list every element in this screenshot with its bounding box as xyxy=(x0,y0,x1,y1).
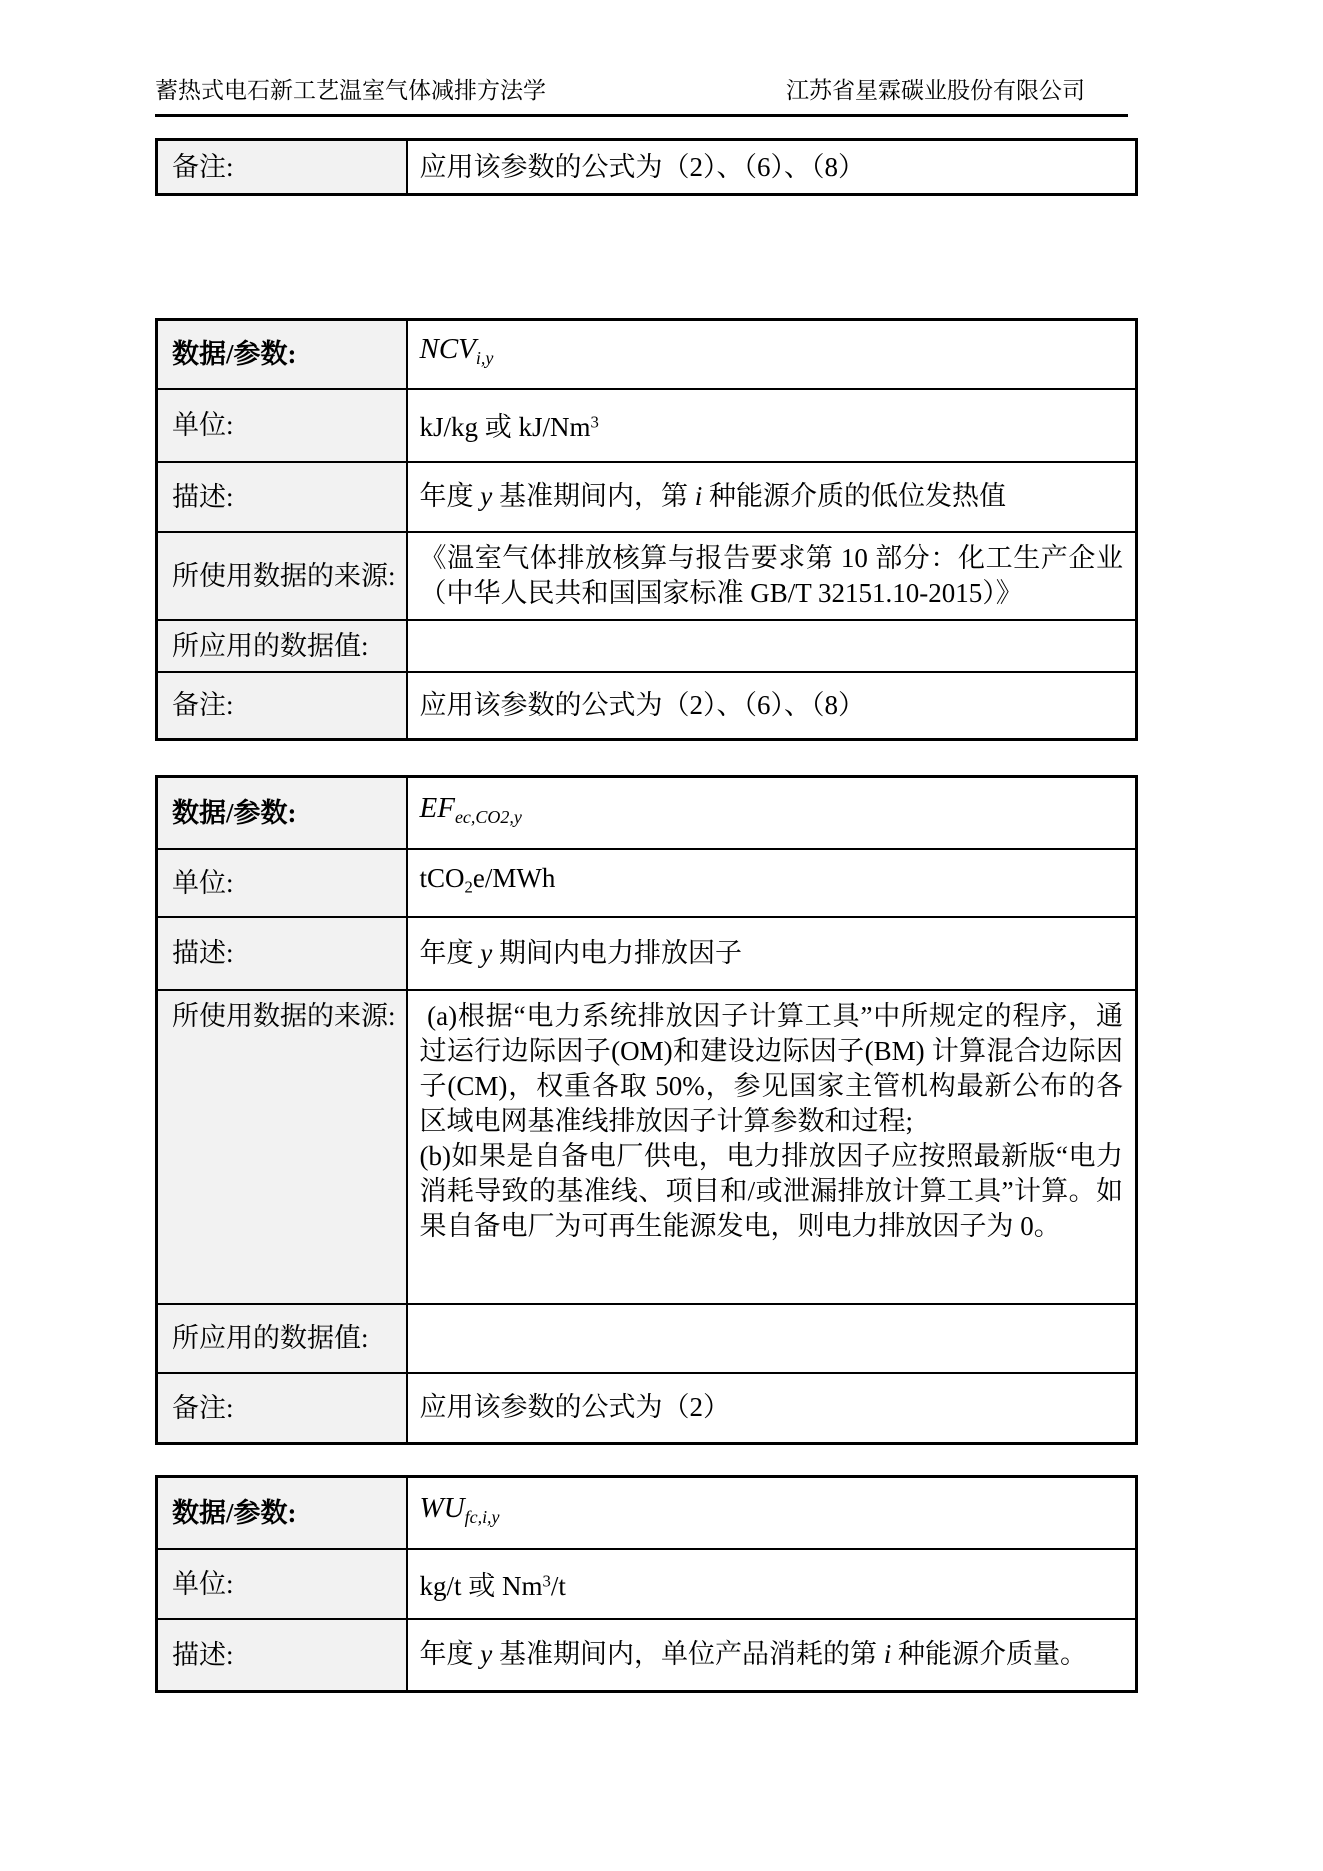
row-label-cell: 备注: xyxy=(157,672,407,740)
row-label-cell: 描述: xyxy=(157,462,407,532)
row-label-cell: 描述: xyxy=(157,1619,407,1692)
row-label: 单位: xyxy=(172,868,234,898)
row-value-cell: 应用该参数的公式为（2） xyxy=(407,1373,1137,1444)
document-page: 蓄热式电石新工艺温室气体减排方法学 江苏省星霖碳业股份有限公司 备注: 应用该参… xyxy=(0,0,1323,1871)
row-value-cell: 年度 y 基准期间内，第 i 种能源介质的低位发热值 xyxy=(407,462,1137,532)
row-value-cell xyxy=(407,620,1137,672)
row-value-cell: 年度 y 期间内电力排放因子 xyxy=(407,917,1137,990)
row-label: 所应用的数据值: xyxy=(172,631,369,661)
row-label: 所使用数据的来源: xyxy=(172,1001,396,1031)
table-row: 描述: 年度 y 期间内电力排放因子 xyxy=(157,917,1137,990)
row-label: 数据/参数: xyxy=(172,339,297,369)
row-value-cell: (a)根据“电力系统排放因子计算工具”中所规定的程序，通过运行边际因子(OM)和… xyxy=(407,990,1137,1304)
table-row: 描述: 年度 y 基准期间内，第 i 种能源介质的低位发热值 xyxy=(157,462,1137,532)
table-row: 数据/参数: NCVi,y xyxy=(157,320,1137,389)
row-label-cell: 所应用的数据值: xyxy=(157,1304,407,1373)
row-label: 单位: xyxy=(172,1569,234,1599)
table-row: 备注: 应用该参数的公式为（2）、（6）、（8） xyxy=(157,140,1137,195)
table-row: 所使用数据的来源: 《温室气体排放核算与报告要求第 10 部分：化工生产企业（中… xyxy=(157,532,1137,620)
table-row: 单位: kg/t 或 Nm3/t xyxy=(157,1549,1137,1619)
row-label: 备注: xyxy=(172,152,234,182)
row-value-cell: kJ/kg 或 kJ/Nm3 xyxy=(407,389,1137,462)
row-value: 应用该参数的公式为（2）、（6）、（8） xyxy=(420,690,866,720)
table-row: 所应用的数据值: xyxy=(157,620,1137,672)
row-value: 《温室气体排放核算与报告要求第 10 部分：化工生产企业（中华人民共和国国家标准… xyxy=(420,541,1124,611)
param-table-ncv: 数据/参数: NCVi,y 单位: kJ/kg 或 kJ/Nm3 描述: 年度 … xyxy=(155,318,1138,741)
table-row: 所使用数据的来源: (a)根据“电力系统排放因子计算工具”中所规定的程序，通过运… xyxy=(157,990,1137,1304)
parameter-symbol: WUfc,i,y xyxy=(420,1492,500,1524)
row-value: 年度 y 基准期间内，第 i 种能源介质的低位发热值 xyxy=(420,481,1007,511)
table-row: 单位: kJ/kg 或 kJ/Nm3 xyxy=(157,389,1137,462)
row-label-cell: 所使用数据的来源: xyxy=(157,532,407,620)
header-rule xyxy=(155,114,1128,117)
row-value-cell xyxy=(407,1304,1137,1373)
table-row: 备注: 应用该参数的公式为（2）、（6）、（8） xyxy=(157,672,1137,740)
row-label: 备注: xyxy=(172,1393,234,1423)
row-value: tCO2e/MWh xyxy=(420,863,556,893)
row-value: 应用该参数的公式为（2）、（6）、（8） xyxy=(420,152,866,182)
row-value: kg/t 或 Nm3/t xyxy=(420,1571,566,1601)
row-value-cell: kg/t 或 Nm3/t xyxy=(407,1549,1137,1619)
row-label: 数据/参数: xyxy=(172,798,297,828)
table-row: 数据/参数: WUfc,i,y xyxy=(157,1477,1137,1549)
row-value: 年度 y 基准期间内，单位产品消耗的第 i 种能源介质量。 xyxy=(420,1639,1088,1669)
param-table-fragment: 备注: 应用该参数的公式为（2）、（6）、（8） xyxy=(155,138,1138,196)
header-right-company: 江苏省星霖碳业股份有限公司 xyxy=(786,76,1085,106)
row-label: 描述: xyxy=(172,482,234,512)
row-value-cell: WUfc,i,y xyxy=(407,1477,1137,1549)
row-label-cell: 数据/参数: xyxy=(157,777,407,849)
row-value-cell: NCVi,y xyxy=(407,320,1137,389)
row-label-cell: 数据/参数: xyxy=(157,1477,407,1549)
header-left-title: 蓄热式电石新工艺温室气体减排方法学 xyxy=(155,76,546,106)
row-label: 描述: xyxy=(172,1640,234,1670)
row-label: 所使用数据的来源: xyxy=(172,561,396,591)
row-label: 备注: xyxy=(172,690,234,720)
param-table-wu: 数据/参数: WUfc,i,y 单位: kg/t 或 Nm3/t 描述: 年度 … xyxy=(155,1475,1138,1693)
row-value-cell: 应用该参数的公式为（2）、（6）、（8） xyxy=(407,140,1137,195)
row-value-cell: 应用该参数的公式为（2）、（6）、（8） xyxy=(407,672,1137,740)
row-label: 描述: xyxy=(172,938,234,968)
row-value: kJ/kg 或 kJ/Nm3 xyxy=(420,412,599,442)
row-value-cell: 《温室气体排放核算与报告要求第 10 部分：化工生产企业（中华人民共和国国家标准… xyxy=(407,532,1137,620)
row-label-cell: 备注: xyxy=(157,140,407,195)
row-value: 年度 y 期间内电力排放因子 xyxy=(420,938,742,968)
row-label-cell: 描述: xyxy=(157,917,407,990)
row-value-cell: tCO2e/MWh xyxy=(407,849,1137,917)
row-label-cell: 所使用数据的来源: xyxy=(157,990,407,1304)
row-value-cell: EFec,CO2,y xyxy=(407,777,1137,849)
table-row: 所应用的数据值: xyxy=(157,1304,1137,1373)
page-header: 蓄热式电石新工艺温室气体减排方法学 江苏省星霖碳业股份有限公司 xyxy=(155,76,1135,106)
row-label: 所应用的数据值: xyxy=(172,1323,369,1353)
row-label-cell: 单位: xyxy=(157,1549,407,1619)
row-label-cell: 所应用的数据值: xyxy=(157,620,407,672)
row-label-cell: 单位: xyxy=(157,849,407,917)
row-value: (a)根据“电力系统排放因子计算工具”中所规定的程序，通过运行边际因子(OM)和… xyxy=(420,999,1124,1244)
parameter-symbol: EFec,CO2,y xyxy=(420,792,522,824)
parameter-symbol: NCVi,y xyxy=(420,333,494,365)
table-row: 描述: 年度 y 基准期间内，单位产品消耗的第 i 种能源介质量。 xyxy=(157,1619,1137,1692)
table-row: 数据/参数: EFec,CO2,y xyxy=(157,777,1137,849)
row-label-cell: 备注: xyxy=(157,1373,407,1444)
param-table-ef: 数据/参数: EFec,CO2,y 单位: tCO2e/MWh 描述: 年度 y… xyxy=(155,775,1138,1445)
row-label: 数据/参数: xyxy=(172,1498,297,1528)
row-value-cell: 年度 y 基准期间内，单位产品消耗的第 i 种能源介质量。 xyxy=(407,1619,1137,1692)
row-value: 应用该参数的公式为（2） xyxy=(420,1392,731,1422)
row-label-cell: 单位: xyxy=(157,389,407,462)
table-row: 单位: tCO2e/MWh xyxy=(157,849,1137,917)
row-label: 单位: xyxy=(172,410,234,440)
row-label-cell: 数据/参数: xyxy=(157,320,407,389)
table-row: 备注: 应用该参数的公式为（2） xyxy=(157,1373,1137,1444)
